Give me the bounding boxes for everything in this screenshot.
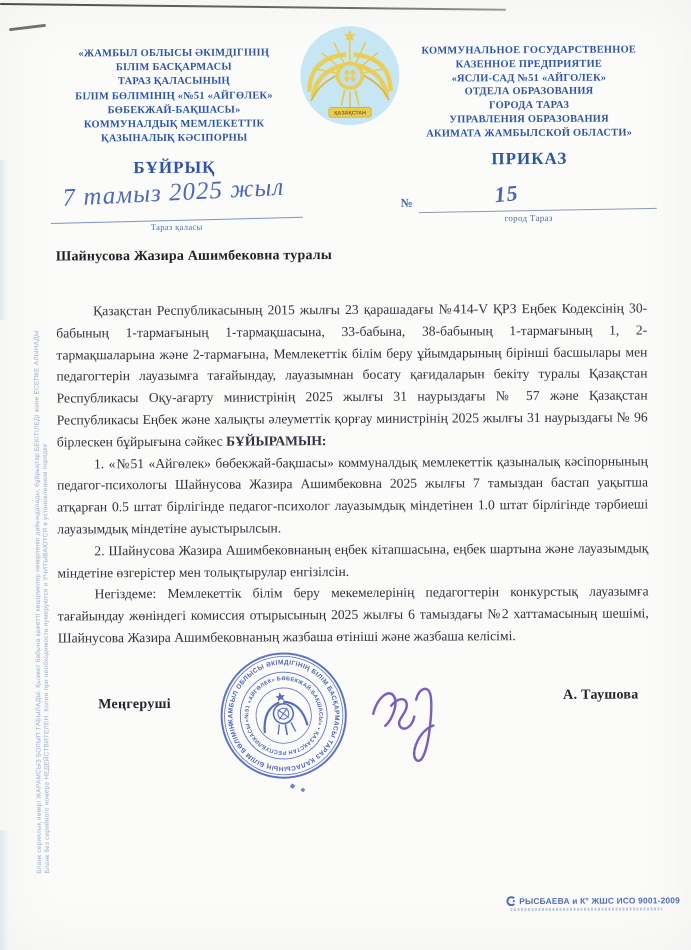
order-item-2: 2. Шайнусова Жазира Ашимбековнаның еңбек… <box>57 537 648 584</box>
number-place-label: город Тараз <box>429 213 629 224</box>
org-name-russian: КОММУНАЛЬНОЕ ГОСУДАРСТВЕННОЕ КАЗЕННОЕ ПР… <box>394 43 665 141</box>
number-line <box>418 187 656 213</box>
date-place-label: Тараз қаласы <box>51 221 303 232</box>
footer-certification-text: РЫСБАЕВА и К° ЖШС ИСО 9001-2009 <box>519 895 680 906</box>
security-microtext: Бланк сериялық нөмірі ЖАРАМСЫЗ БОЛЫП ТАБ… <box>33 282 51 874</box>
date-line <box>50 195 302 224</box>
signer-name: А. Таушова <box>563 687 639 703</box>
scanned-order-document: «ЖАМБЫЛ ОБЛЫСЫ ӘКІМДІГІНІҢ БІЛІМ БАСҚАРМ… <box>0 0 691 950</box>
order-title: Шайнусова Жазира Ашимбековна туралы <box>56 247 616 266</box>
org-line: ТАРАЗ ҚАЛАСЫНЫҢ <box>48 75 300 91</box>
org-line: КОММУНАЛЬНОЕ ГОСУДАРСТВЕННОЕ <box>394 43 664 58</box>
org-line: КАЗЕННОЕ ПРЕДПРИЯТИЕ <box>394 57 664 72</box>
org-name-kazakh: «ЖАМБЫЛ ОБЛЫСЫ ӘКІМДІГІНІҢ БІЛІМ БАСҚАРМ… <box>48 46 301 147</box>
org-line: БІЛІМ БАСҚАРМАСЫ <box>48 60 300 76</box>
footer-fineprint <box>510 907 662 911</box>
handwritten-order-number: 15 <box>493 180 519 208</box>
order-item-1: 1. «№51 «Айгөлек» бөбекжай-бақшасы» комм… <box>57 450 648 540</box>
org-line: «ЖАМБЫЛ ОБЛЫСЫ ӘКІМДІГІНІҢ <box>48 46 300 62</box>
emblem-banner-text: ҚАЗАҚСТАН <box>334 110 366 116</box>
preamble-text: Қазақстан Республикасының 2015 жылғы 23 … <box>56 300 648 449</box>
org-line: ОТДЕЛА ОБРАЗОВАНИЯ <box>394 85 664 100</box>
kazakhstan-coat-of-arms: ҚАЗАҚСТАН <box>297 22 404 141</box>
order-page: «ЖАМБЫЛ ОБЛЫСЫ ӘКІМДІГІНІҢ БІЛІМ БАСҚАРМ… <box>0 0 691 950</box>
order-body: Қазақстан Республикасының 2015 жылғы 23 … <box>56 297 649 649</box>
order-basis: Негіздеме: Мемлекеттік білім беру мекеме… <box>58 581 649 649</box>
number-sign: № <box>401 196 413 211</box>
certifier-logo-icon <box>506 896 516 906</box>
org-line: БӨБЕКЖАЙ-БАҚШАСЫ» <box>48 103 300 119</box>
handwritten-signature <box>367 669 454 771</box>
signer-position-label: Меңгеруші <box>98 697 171 713</box>
org-line: АКИМАТА ЖАМБЫЛСКОЙ ОБЛАСТИ» <box>394 126 664 141</box>
official-round-stamp: ЖАМБЫЛ ОБЛЫСЫ ӘКІМДІГІНІҢ БІЛІМ БАСҚАРМА… <box>202 637 369 812</box>
org-line: БІЛІМ БӨЛІМІНІҢ «№51 «АЙГӨЛЕК» <box>48 89 300 105</box>
order-verb: БҰЙЫРАМЫН <box>226 433 322 449</box>
org-line: ГОРОДА ТАРАЗ <box>394 99 664 114</box>
order-verb-colon: : <box>322 433 327 448</box>
stamp-inner-text: «№51 «АЙГӨЛЕК» БӨБЕКЖАЙ-БАҚШАСЫ» • ҚАЗАҚ… <box>202 639 330 768</box>
svg-text:«№51 «АЙГӨЛЕК» БӨБЕКЖАЙ-БАҚШАС: «№51 «АЙГӨЛЕК» БӨБЕКЖАЙ-БАҚШАСЫ» • ҚАЗАҚ… <box>202 639 330 768</box>
org-line: УПРАВЛЕНИЯ ОБРАЗОВАНИЯ <box>394 112 664 127</box>
doc-type-russian: ПРИКАЗ <box>394 148 664 169</box>
org-line: КОММУНАЛДЫҚ МЕМЛЕКЕТТІК <box>48 117 300 133</box>
org-line: «ЯСЛИ-САД №51 «АЙГОЛЕК» <box>394 71 664 86</box>
preamble-paragraph: Қазақстан Республикасының 2015 жылғы 23 … <box>56 297 648 453</box>
org-line: ҚАЗЫНАЛЫҚ КӘСІПОРНЫ <box>48 131 300 147</box>
footer-certification: РЫСБАЕВА и К° ЖШС ИСО 9001-2009 <box>506 895 680 906</box>
